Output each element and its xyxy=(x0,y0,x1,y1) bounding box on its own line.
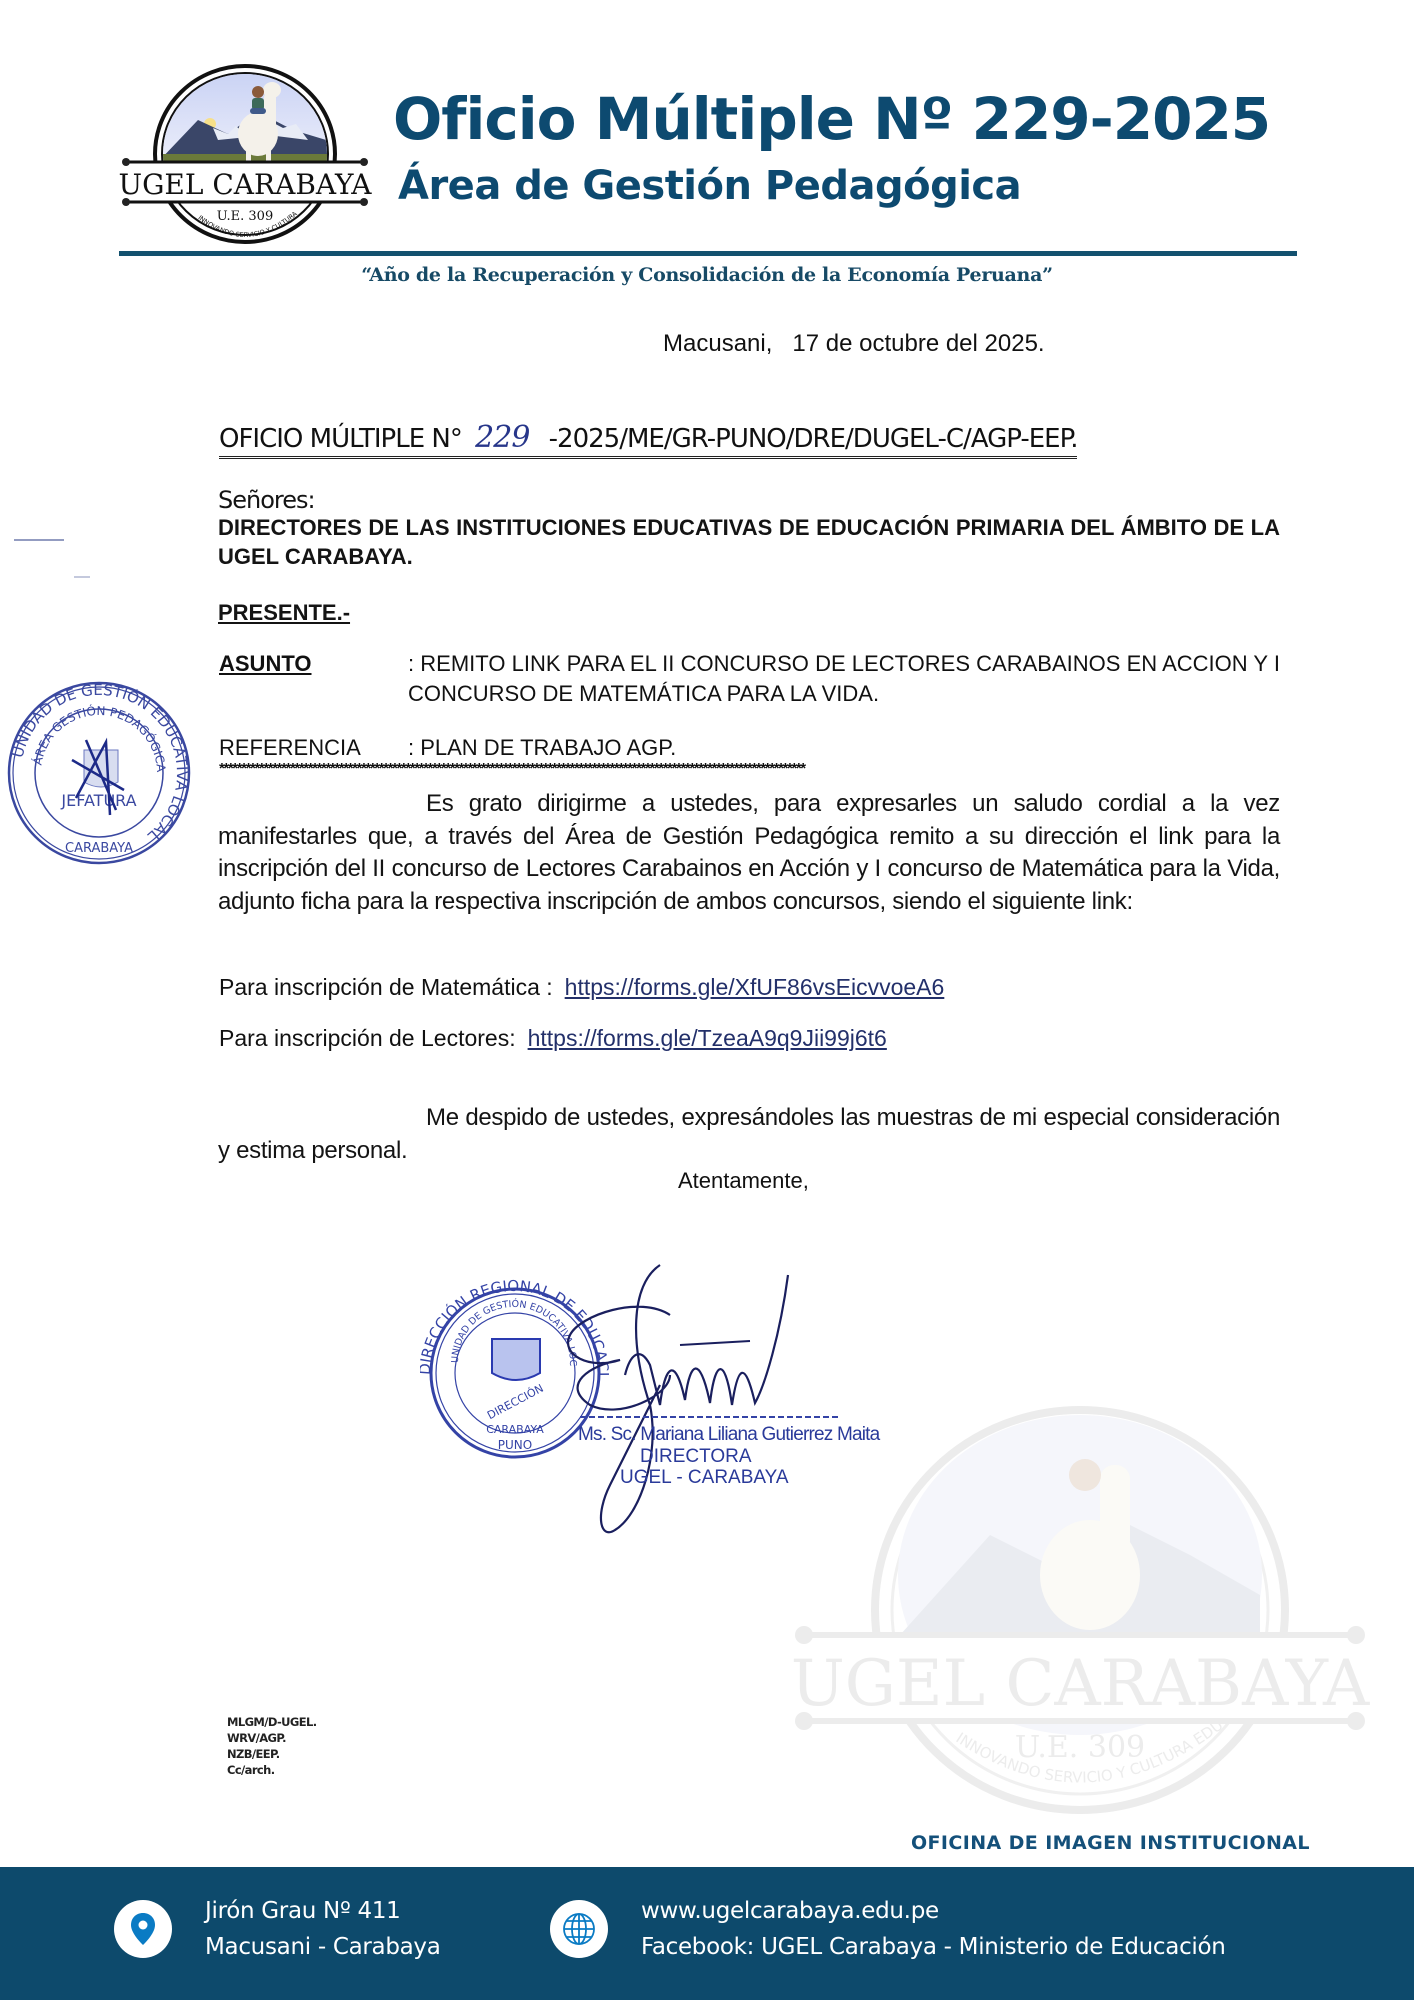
handwritten-number: 229 xyxy=(475,420,529,455)
salutation: Señores: xyxy=(218,486,1280,514)
footer: Jirón Grau Nº 411 Macusani - Carabaya ww… xyxy=(0,1867,1414,2000)
oficio-code: OFICIO MÚLTIPLE N° 229 -2025/ME/GR-PUNO/… xyxy=(219,420,1077,459)
closing: Atentamente, xyxy=(678,1168,809,1194)
signatory-org: UGEL - CARABAYA xyxy=(620,1467,789,1489)
office-label: OFICINA DE IMAGEN INSTITUCIONAL xyxy=(911,1832,1310,1854)
farewell-paragraph: Me despido de ustedes, expresándoles las… xyxy=(218,1102,1280,1167)
math-link-label: Para inscripción de Matemática : xyxy=(219,974,553,1000)
readers-link-label: Para inscripción de Lectores: xyxy=(219,1025,516,1051)
ugel-watermark-logo: UGEL CARABAYA U.E. 309 INNOVANDO SERVICI… xyxy=(790,1405,1370,1825)
place-date: Macusani, 17 de octubre del 2025. xyxy=(663,330,1045,358)
facebook-page[interactable]: Facebook: UGEL Carabaya - Ministerio de … xyxy=(641,1929,1226,1965)
asterisk-separator: ****************************************… xyxy=(219,760,1279,777)
svg-text:UGEL CARABAYA: UGEL CARABAYA xyxy=(791,1647,1370,1721)
svg-text:PUNO: PUNO xyxy=(498,1438,532,1452)
svg-text:DIRECCIÓN: DIRECCIÓN xyxy=(485,1382,546,1422)
svg-text:UGEL CARABAYA: UGEL CARABAYA xyxy=(118,168,372,201)
oficio-code-prefix: OFICIO MÚLTIPLE N° xyxy=(219,424,462,454)
website-url[interactable]: www.ugelcarabaya.edu.pe xyxy=(641,1893,1226,1929)
footer-web: www.ugelcarabaya.edu.pe Facebook: UGEL C… xyxy=(641,1893,1226,1965)
header-divider xyxy=(119,251,1297,256)
scan-mark xyxy=(14,539,64,541)
reference-initials: MLGM/D-UGEL. WRV/AGP. NZB/EEP. Cc/arch. xyxy=(227,1714,317,1778)
svg-text:CARABAYA: CARABAYA xyxy=(65,841,133,856)
presente-label: PRESENTE.- xyxy=(218,600,1280,626)
jefatura-stamp: UNIDAD DE GESTIÓN EDUCATIVA LOCAL ÁREA G… xyxy=(6,680,192,866)
department-subtitle: Área de Gestión Pedagógica xyxy=(398,166,1021,206)
asunto-text: : REMITO LINK PARA EL II CONCURSO DE LEC… xyxy=(408,649,1280,709)
asunto-label: ASUNTO xyxy=(219,651,312,677)
location-pin-icon xyxy=(114,1900,172,1958)
scan-mark xyxy=(74,576,90,578)
svg-text:CARABAYA: CARABAYA xyxy=(486,1423,544,1436)
math-registration-link[interactable]: https://forms.gle/XfUF86vsEicvvoeA6 xyxy=(565,974,945,1000)
oficio-code-suffix: -2025/ME/GR-PUNO/DRE/DUGEL-C/AGP-EEP. xyxy=(549,424,1078,454)
footer-address: Jirón Grau Nº 411 Macusani - Carabaya xyxy=(205,1893,441,1965)
signatory-role: DIRECTORA xyxy=(640,1446,752,1468)
ugel-carabaya-logo: UGEL CARABAYA U.E. 309 INNOVANDO SERVICI… xyxy=(118,62,372,246)
svg-text:U.E. 309: U.E. 309 xyxy=(217,209,273,224)
readers-registration-link[interactable]: https://forms.gle/TzeaA9q9Jii99j6t6 xyxy=(528,1025,887,1051)
globe-icon xyxy=(550,1900,608,1958)
svg-text:JEFATURA: JEFATURA xyxy=(60,791,136,810)
referencia-text: : PLAN DE TRABAJO AGP. xyxy=(408,735,676,761)
svg-text:U.E. 309: U.E. 309 xyxy=(1015,1730,1145,1765)
readers-link-row: Para inscripción de Lectores:https://for… xyxy=(219,1025,887,1052)
referencia-label: REFERENCIA xyxy=(219,735,361,761)
year-motto: “Año de la Recuperación y Consolidación … xyxy=(0,264,1414,286)
math-link-row: Para inscripción de Matemática :https://… xyxy=(219,974,944,1001)
document-title: Oficio Múltiple Nº 229-2025 xyxy=(393,90,1270,148)
recipients: DIRECTORES DE LAS INSTITUCIONES EDUCATIV… xyxy=(218,513,1280,571)
body-paragraph: Es grato dirigirme a ustedes, para expre… xyxy=(218,788,1280,918)
